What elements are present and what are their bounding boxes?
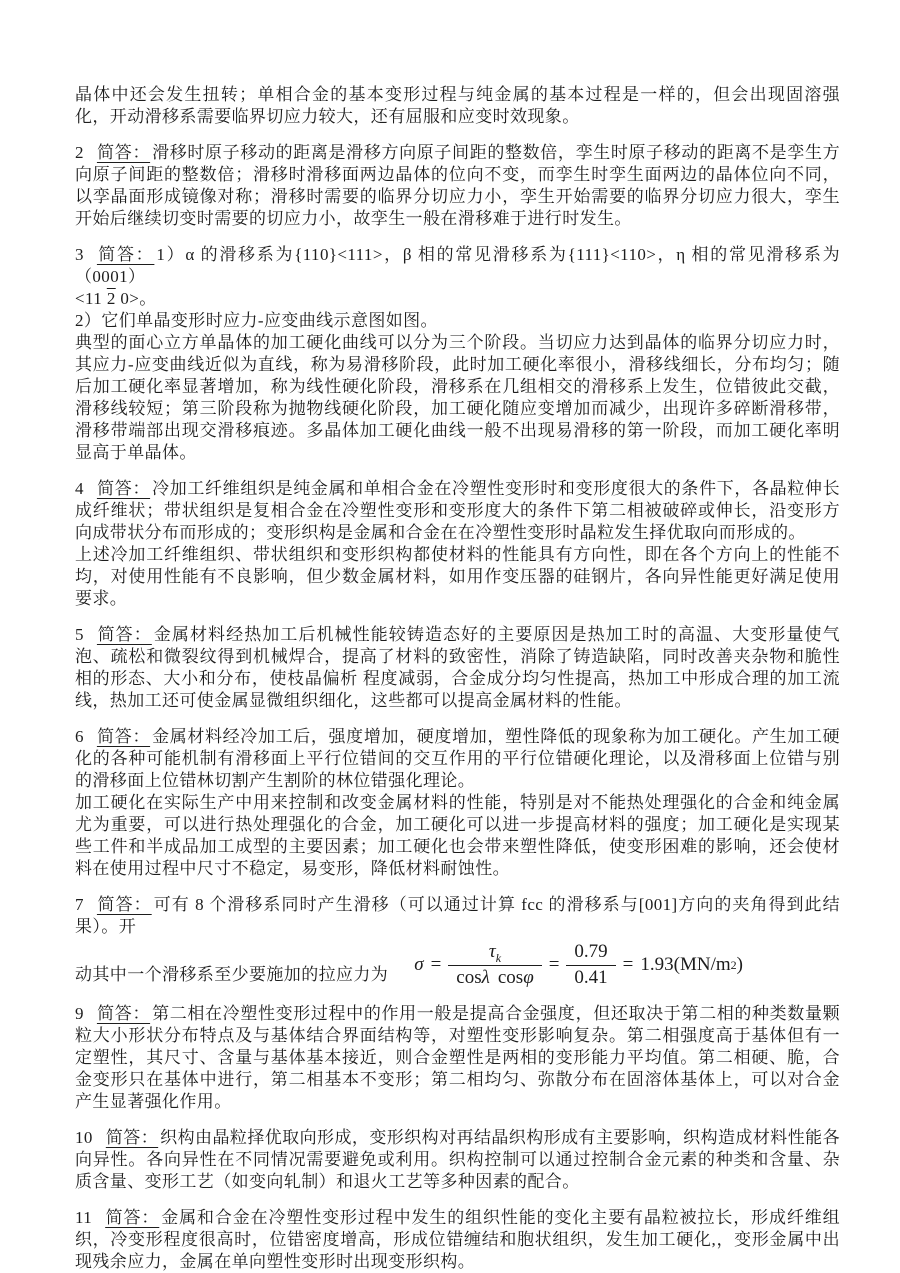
short-answer-label: 简答： [97,245,154,264]
short-answer-label: 简答： [97,895,152,914]
answer-text: 1）α 的滑移系为{110}<111>，β 相的常见滑移系为{111}<110>… [75,245,840,286]
item-number: 6 [75,727,84,746]
answer-item-9: 9简答：第二相在冷塑性变形过程中的作用一般是提高合金强度，但还取决于第二相的种类… [75,1003,840,1113]
miller-indices-line: <11 2 0>。 [75,288,840,310]
fraction-numerator: τk [481,941,509,965]
document-page: 晶体中还会发生扭转；单相合金的基本变形过程与纯金属的基本过程是一样的，但会出现固… [0,0,900,1273]
item-number: 9 [75,1004,84,1023]
answer-text: 金属材料经冷加工后，强度增加，硬度增加，塑性降低的现象称为加工硬化。产生加工硬化… [75,727,840,790]
answer-text: 金属和合金在冷塑性变形过程中发生的组织性能的变化主要有晶粒被拉长，形成纤维组织，… [75,1208,840,1271]
answer-text: 织构由晶粒择优取向形成，变形织构对再结晶织构形成有主要影响，织构造成材料性能各向… [75,1128,840,1191]
short-answer-label: 简答： [106,1128,158,1147]
item-number: 7 [75,895,84,914]
overbar-digit: 2 [107,289,116,308]
answer-paragraph: 2简答：滑移时原子移动的距离是滑移方向原子间距的整数倍，孪生时原子移动的距离不是… [75,142,840,230]
stress-formula: σ = τk cosλcosφ = 0.79 0.41 = 1.93(MN/m2… [414,941,743,989]
short-answer-label: 简答： [97,625,152,644]
answer-text: 滑移时原子移动的距离是滑移方向原子间距的整数倍，孪生时原子移动的距离不是孪生方向… [75,143,840,228]
answer-followup-paragraph: 加工硬化在实际生产中用来控制和改变金属材料的性能，特别是对不能热处理强化的合金和… [75,792,840,880]
formula-result: 1.93(MN/m [640,954,730,976]
answer-paragraph: 10简答：织构由晶粒择优取向形成，变形织构对再结晶织构形成有主要影响，织构造成材… [75,1127,840,1193]
item-number: 11 [75,1208,92,1227]
miller-indices-prefix: <11 [75,289,107,308]
document-content: 晶体中还会发生扭转；单相合金的基本变形过程与纯金属的基本过程是一样的，但会出现固… [75,84,840,1273]
fraction-denominator: cosλcosφ [448,965,541,989]
answer-text: 金属材料经热加工后机械性能较铸造态好的主要原因是热加工时的高温、大变形量使气泡、… [75,625,840,710]
short-answer-label: 简答： [97,143,150,162]
fraction-numerator: 0.79 [566,941,615,965]
answer-followup-paragraph: 上述冷加工纤维组织、带状组织和变形织构都使材料的性能具有方向性，即在各个方向上的… [75,544,840,610]
item-number: 2 [75,143,84,162]
answer-subitem: 2）它们单晶变形时应力-应变曲线示意图如图。 [75,310,840,332]
fraction-tau-over-coscos: τk cosλcosφ [448,941,541,989]
answer-paragraph: 5简答：金属材料经热加工后机械性能较铸造态好的主要原因是热加工时的高温、大变形量… [75,624,840,712]
answer-item-10: 10简答：织构由晶粒择优取向形成，变形织构对再结晶织构形成有主要影响，织构造成材… [75,1127,840,1193]
answer-paragraph: 7简答：可有 8 个滑移系同时产生滑移（可以通过计算 fcc 的滑移系与[001… [75,894,840,938]
equals-sign: = [431,954,442,976]
item-number: 5 [75,625,84,644]
short-answer-label: 简答： [97,479,150,498]
short-answer-label: 简答： [97,727,150,746]
answer-item-11: 11简答：金属和合金在冷塑性变形过程中发生的组织性能的变化主要有晶粒被拉长，形成… [75,1207,840,1273]
answer-item-2: 2简答：滑移时原子移动的距离是滑移方向原子间距的整数倍，孪生时原子移动的距离不是… [75,142,840,230]
result-close-paren: ) [737,954,743,976]
answer-paragraph: 3简答：1）α 的滑移系为{110}<111>，β 相的常见滑移系为{111}<… [75,244,840,288]
item-number: 10 [75,1128,93,1147]
short-answer-label: 简答： [97,1004,150,1023]
item-number: 4 [75,479,84,498]
answer-paragraph: 6简答：金属材料经冷加工后，强度增加，硬度增加，塑性降低的现象称为加工硬化。产生… [75,726,840,792]
answer-item-3: 3简答：1）α 的滑移系为{110}<111>，β 相的常见滑移系为{111}<… [75,244,840,464]
answer-followup-paragraph: 典型的面心立方单晶体的加工硬化曲线可以分为三个阶段。当切应力达到晶体的临界分切应… [75,332,840,464]
equals-sign: = [623,954,634,976]
sigma-symbol: σ [414,954,423,976]
answer-paragraph: 9简答：第二相在冷塑性变形过程中的作用一般是提高合金强度，但还取决于第二相的种类… [75,1003,840,1113]
answer-item-7: 7简答：可有 8 个滑移系同时产生滑移（可以通过计算 fcc 的滑移系与[001… [75,894,840,989]
fraction-denominator: 0.41 [566,965,615,989]
formula-line: 动其中一个滑移系至少要施加的拉应力为 σ = τk cosλcosφ = 0.7… [75,941,840,989]
item-number: 3 [75,245,84,264]
answer-text: 可有 8 个滑移系同时产生滑移（可以通过计算 fcc 的滑移系与[001]方向的… [75,895,840,936]
answer-paragraph: 4简答：冷加工纤维组织是纯金属和单相合金在冷塑性变形时和变形度很大的条件下，各晶… [75,478,840,544]
answer-text: 冷加工纤维组织是纯金属和单相合金在冷塑性变形时和变形度很大的条件下，各晶粒伸长成… [75,479,840,542]
answer-paragraph: 11简答：金属和合金在冷塑性变形过程中发生的组织性能的变化主要有晶粒被拉长，形成… [75,1207,840,1273]
miller-indices-suffix: 0>。 [116,289,157,308]
continued-answer-paragraph: 晶体中还会发生扭转；单相合金的基本变形过程与纯金属的基本过程是一样的，但会出现固… [75,84,840,128]
answer-text: 第二相在冷塑性变形过程中的作用一般是提高合金强度，但还取决于第二相的种类数量颗粒… [75,1004,840,1111]
answer-item-4: 4简答：冷加工纤维组织是纯金属和单相合金在冷塑性变形时和变形度很大的条件下，各晶… [75,478,840,610]
short-answer-label: 简答： [105,1208,159,1227]
answer-item-5: 5简答：金属材料经热加工后机械性能较铸造态好的主要原因是热加工时的高温、大变形量… [75,624,840,712]
equals-sign: = [549,954,560,976]
answer-item-6: 6简答：金属材料经冷加工后，强度增加，硬度增加，塑性降低的现象称为加工硬化。产生… [75,726,840,880]
formula-intro-text: 动其中一个滑移系至少要施加的拉应力为 [75,964,388,989]
fraction-079-over-041: 0.79 0.41 [566,941,615,989]
